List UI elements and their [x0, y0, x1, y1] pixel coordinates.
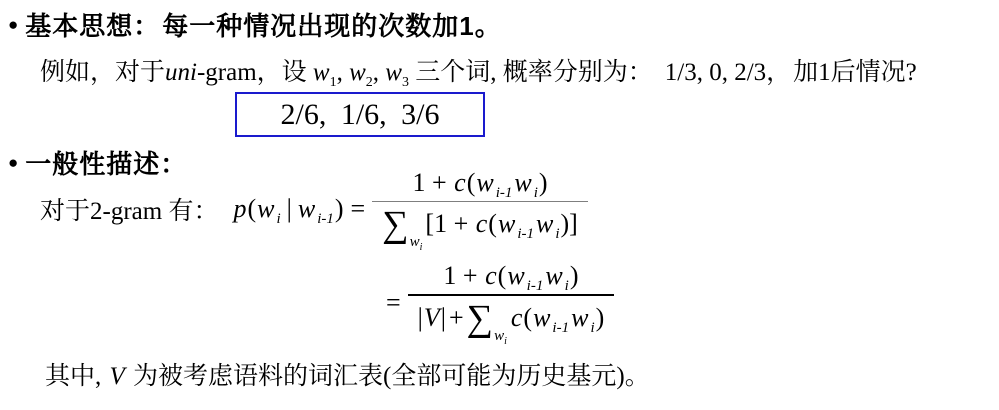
w2: w — [349, 59, 366, 86]
fraction-2-denominator: |V|+∑wic(wi-1wi) — [408, 294, 615, 345]
example-probs: 1/3, 0, 2/3， — [665, 59, 791, 86]
sum-icon: ∑ — [382, 204, 408, 245]
sum-icon: ∑ — [467, 298, 493, 339]
w3: w — [385, 59, 402, 86]
formula-intro: 对于2-gram 有： — [40, 191, 218, 227]
note-prefix: 其中, — [45, 363, 108, 390]
note-V-italic: V — [108, 363, 127, 390]
fraction-2: 1 + c(wi-1wi) |V|+∑wic(wi-1wi) — [408, 261, 615, 345]
fraction-1: 1 + c(wi-1wi) ∑wi[1 + c(wi-1wi)] — [372, 168, 588, 251]
example-prefix: 例如，对于 — [40, 59, 165, 86]
math-lhs: p(wi|wi-1)= — [232, 194, 372, 224]
note-text: 为被考虑语料的词汇表(全部可能为历史基元)。 — [127, 363, 650, 390]
bullet-basic-text: 每一种情况出现的次数加1。 — [162, 6, 501, 43]
fraction-2-numerator: 1 + c(wi-1wi) — [408, 261, 615, 294]
equation-line-2: = 1 + c(wi-1wi) |V|+∑wic(wi-1wi) — [386, 256, 614, 350]
slide: ● 基本思想： 每一种情况出现的次数加1。 例如，对于uni-gram，设 w1… — [0, 0, 999, 410]
equals-sign: = — [386, 288, 408, 318]
example-gram: -gram，设 — [197, 59, 313, 86]
fraction-1-numerator: 1 + c(wi-1wi) — [372, 168, 588, 201]
uni-italic: uni — [165, 59, 197, 86]
bullet-basic-label: 基本思想： — [25, 6, 160, 43]
example-line: 例如，对于uni-gram，设 w1, w2, w3 三个词, 概率分别为：1/… — [40, 52, 917, 88]
bullet-icon: ● — [8, 16, 18, 33]
w1: w — [313, 59, 330, 86]
note-line: 其中, V 为被考虑语料的词汇表(全部可能为历史基元)。 — [45, 356, 650, 392]
bullet-basic-idea: ● 基本思想： 每一种情况出现的次数加1。 — [8, 6, 502, 43]
fraction-1-denominator: ∑wi[1 + c(wi-1wi)] — [372, 201, 588, 251]
example-question: 加1后情况? — [793, 59, 917, 86]
vocabulary-V: V — [423, 303, 441, 332]
example-words: 三个词, 概率分别为： — [409, 59, 653, 86]
answer-box-text: 2/6, 1/6, 3/6 — [280, 98, 439, 132]
bullet-icon: ● — [8, 154, 18, 171]
equation-line-1: 对于2-gram 有： p(wi|wi-1)= 1 + c(wi-1wi) ∑w… — [40, 164, 588, 254]
answer-box: 2/6, 1/6, 3/6 — [235, 92, 485, 137]
